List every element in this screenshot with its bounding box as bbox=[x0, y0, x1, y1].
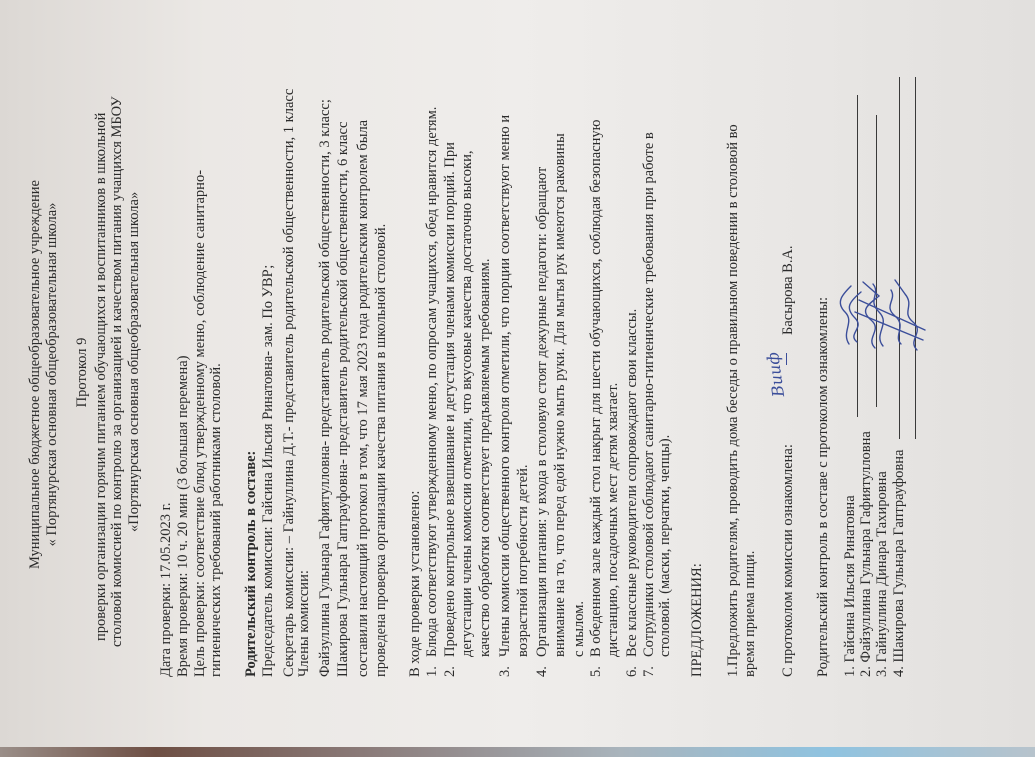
signature-line-2 bbox=[876, 115, 877, 407]
signature-line-1 bbox=[857, 95, 858, 417]
finding-text: дистанцию, посадочных мест детям хватает… bbox=[605, 137, 621, 657]
finding-text: внимание на то, что перед едой нужно мыт… bbox=[552, 137, 568, 657]
finding-text: возрастной потребности детей. bbox=[515, 465, 531, 657]
finding-text: столовой. (маски, перчатки, чепцы). bbox=[657, 435, 673, 657]
finding-text: Члены комиссии общественного контроля от… bbox=[497, 115, 513, 657]
parents-acknowledgement-line: Родительский контроль в составе с проток… bbox=[815, 297, 831, 677]
finding-number: 7. bbox=[641, 666, 657, 677]
proposal-line-1: 1.Предложить родителям, проводить дома б… bbox=[725, 124, 741, 677]
parent-3: 3. Гайнуллина Динара Тахировна bbox=[874, 471, 890, 677]
finding-text: Все классные руководители сопровождают с… bbox=[624, 309, 640, 657]
subtitle-line-2: столовой комиссией по контролю за органи… bbox=[109, 96, 125, 647]
signature-line-3 bbox=[899, 77, 900, 439]
document-page: Муниципальное бюджетное общеобразователь… bbox=[0, 0, 1035, 757]
check-date: Дата проверки: 17.05.2023 г. bbox=[158, 502, 174, 677]
commission-statement-line-2: проведена проверка организации качества … bbox=[373, 224, 389, 677]
parent-signatures bbox=[835, 272, 930, 352]
finding-text: Блюда соответствуют утвержденному меню, … bbox=[424, 107, 440, 657]
finding-number: 4. bbox=[534, 666, 550, 677]
proposal-line-2: время приема пищи. bbox=[742, 551, 758, 677]
commission-secretary: Секретарь комиссии: – Гайнуллина Д.Т.- п… bbox=[281, 89, 297, 677]
finding-text: В обеденном зале каждый стол накрыт для … bbox=[588, 137, 604, 657]
finding-number: 5. bbox=[588, 666, 604, 677]
proposals-heading: ПРЕДЛОЖЕНИЯ: bbox=[689, 563, 705, 677]
finding-text: Проведено контрольное взвешивание и дегу… bbox=[442, 142, 458, 657]
subtitle-line-1: проверки организации горячим питанием об… bbox=[93, 113, 109, 641]
finding-text: качество обработки соответствует предъяв… bbox=[477, 259, 493, 657]
check-time: Время проверки: 10 ч. 20 мин (3 большая … bbox=[175, 355, 191, 677]
commission-statement-line-1: составили настоящий протокол в том, что … bbox=[355, 120, 371, 677]
institution-line-1: Муниципальное бюджетное общеобразователь… bbox=[27, 0, 43, 757]
signer-name: Басырова В.А. bbox=[780, 245, 796, 335]
signature-stroke bbox=[786, 353, 787, 365]
subtitle-line-3: «Портянурская основная общеобразовательн… bbox=[126, 192, 142, 532]
institution-line-2: « Портянурская основная общеобразователь… bbox=[44, 0, 60, 757]
finding-text: Организация питания: у входа в столовую … bbox=[534, 137, 550, 657]
signature-line-4 bbox=[915, 77, 916, 439]
finding-number: 1. bbox=[424, 666, 440, 677]
signature-basyrova: Вииф bbox=[765, 351, 787, 398]
finding-text: дегустации члены комиссии отметили, что … bbox=[459, 151, 475, 657]
commission-members-label: Члены комиссии: bbox=[296, 570, 312, 677]
check-goal-line-2: гигиенических требований работниками сто… bbox=[208, 363, 224, 677]
parent-1: 1. Гайсина Ильсия Ринатовна bbox=[842, 495, 858, 677]
finding-number: 3. bbox=[497, 666, 513, 677]
findings-intro: В ходе проверки установлено: bbox=[407, 491, 423, 677]
commission-chair: Председатель комиссии: Гайсина Ильсия Ри… bbox=[260, 265, 276, 677]
commission-heading: Родительский контроль в составе: bbox=[243, 451, 259, 677]
commission-member-2: Шакирова Гульнара Гаптрауфовна- представ… bbox=[335, 122, 351, 677]
finding-number: 2. bbox=[442, 666, 458, 677]
finding-text: Сотрудники столовой соблюдают санитарно-… bbox=[641, 132, 657, 657]
protocol-title: Протокол 9 bbox=[74, 0, 90, 757]
check-goal-line-1: Цель проверки: соответствие блюд утвержд… bbox=[192, 170, 208, 677]
parent-2: 2. Файзуллина Гульнара Гафиятулловна bbox=[858, 431, 874, 677]
commission-member-1: Файзуллина Гульнара Гафиятулловна- предс… bbox=[317, 99, 333, 677]
finding-number: 6. bbox=[624, 666, 640, 677]
parent-4: 4. Шакирова Гульнара Гаптрауфовна bbox=[891, 450, 907, 677]
finding-text: с мылом. bbox=[571, 137, 587, 657]
acknowledgement-line: С протоколом комиссии ознакомлена: bbox=[780, 444, 796, 677]
